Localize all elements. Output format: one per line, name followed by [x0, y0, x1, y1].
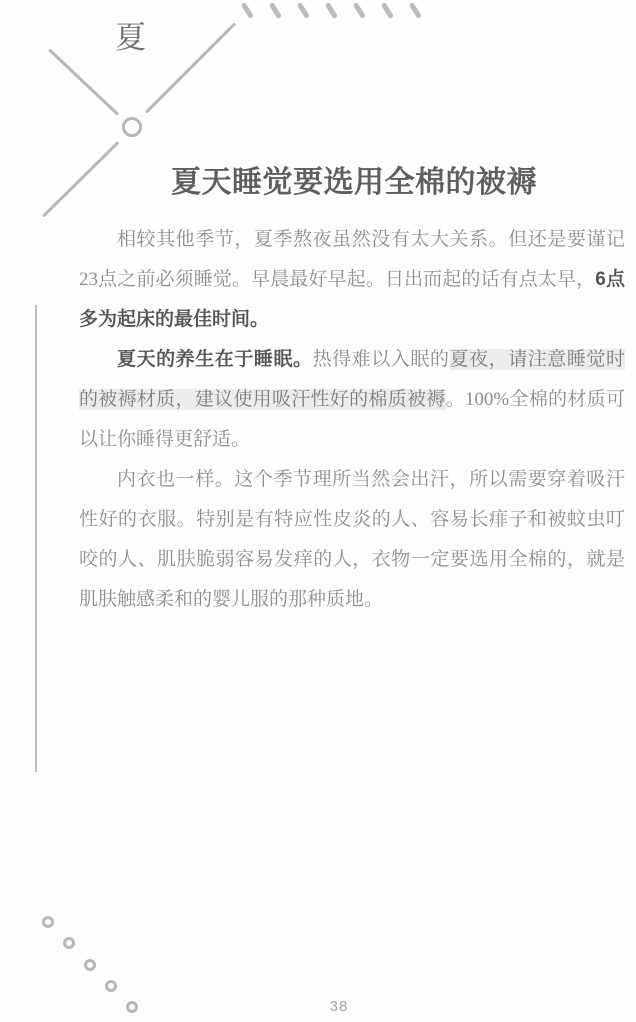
paragraph-2-regular-1: 热得难以入眠的: [313, 349, 450, 370]
hatch-stroke-icon: [381, 2, 394, 19]
hatch-stroke-icon: [353, 2, 366, 19]
hatch-stroke-icon: [409, 2, 422, 19]
page-title: 夏天睡觉要选用全棉的被褥: [171, 164, 537, 202]
paragraph-3: 内衣也一样。这个季节理所当然会出汗，所以需要穿着吸汗性好的衣服。特别是有特应性皮…: [79, 460, 625, 620]
circle-ring-icon: [126, 1001, 138, 1013]
diagonal-line-icon: [145, 22, 236, 113]
circle-ring-icon: [42, 916, 54, 928]
circle-ring-icon: [63, 937, 75, 949]
hatch-stroke-icon: [241, 2, 254, 19]
paragraph-2: 夏天的养生在于睡眠。热得难以入眠的夏夜，请注意睡觉时的被褥材质，建议使用吸汗性好…: [79, 340, 625, 460]
diagonal-line-icon: [48, 48, 119, 115]
circle-ring-icon: [105, 980, 117, 992]
circle-ring-icon: [84, 959, 96, 971]
hatch-stroke-icon: [297, 2, 310, 19]
circle-ring-icon: [122, 117, 142, 137]
diagonal-line-icon: [42, 141, 120, 218]
margin-rule: [35, 305, 37, 772]
page-number: 38: [322, 998, 356, 1015]
hatch-stroke-icon: [325, 2, 338, 19]
season-label: 夏: [115, 20, 146, 56]
hatch-stroke-icon: [269, 2, 282, 19]
body-text: 相较其他季节，夏季熬夜虽然没有太大关系。但还是要谨记23点之前必须睡觉。早晨最好…: [79, 220, 625, 620]
paragraph-1-regular: 相较其他季节，夏季熬夜虽然没有太大关系。但还是要谨记23点之前必须睡觉。早晨最好…: [79, 229, 625, 290]
book-page: 夏 夏天睡觉要选用全棉的被褥 相较其他季节，夏季熬夜虽然没有太大关系。但还是要谨…: [0, 0, 636, 1022]
paragraph-2-bold-lead: 夏天的养生在于睡眠。: [117, 349, 313, 370]
paragraph-3-regular: 内衣也一样。这个季节理所当然会出汗，所以需要穿着吸汗性好的衣服。特别是有特应性皮…: [79, 469, 625, 610]
paragraph-1: 相较其他季节，夏季熬夜虽然没有太大关系。但还是要谨记23点之前必须睡觉。早晨最好…: [79, 220, 625, 340]
